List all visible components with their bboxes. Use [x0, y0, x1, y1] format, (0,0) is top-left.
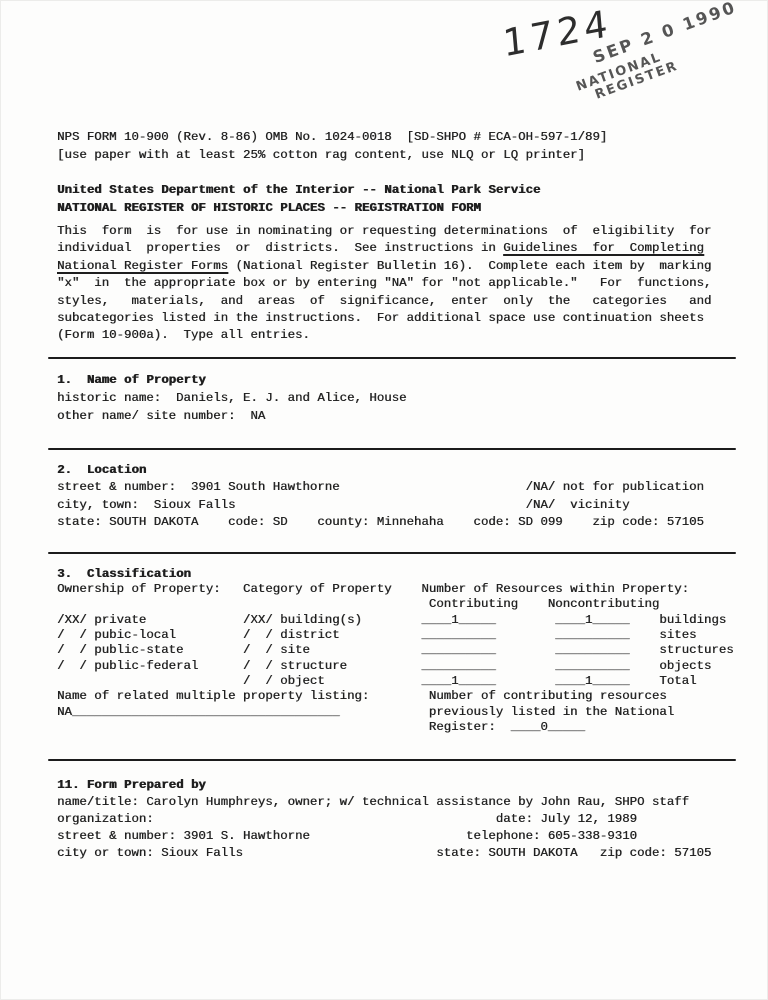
classification-row-public-state-site: / / public-state / / site __________ ___… — [57, 643, 734, 658]
agency-titles: United States Department of the Interior… — [57, 181, 540, 217]
section-divider — [48, 448, 736, 450]
intro-text-segment: (National Register Bulletin 16). Complet… — [228, 259, 711, 273]
preparer-name-line: name/title: Carolyn Humphreys, owner; w/… — [57, 794, 711, 811]
state-county-zip-line: state: SOUTH DAKOTA code: SD county: Min… — [57, 514, 704, 531]
intro-line-1: This form is for use in nominating or re… — [57, 223, 711, 240]
intro-paragraph: This form is for use in nominating or re… — [57, 223, 711, 345]
section-heading: 2. Location — [57, 462, 704, 479]
organization-date-line: organization: date: July 12, 1989 — [57, 811, 711, 828]
multiple-property-listing-label: Name of related multiple property listin… — [57, 689, 734, 704]
section-heading: 3. Classification — [57, 567, 191, 582]
street-number-line: street & number: 3901 South Hawthorne /N… — [57, 479, 704, 496]
intro-line-6: subcategories listed in the instructions… — [57, 310, 711, 327]
intro-text-segment: individual properties or districts. See … — [57, 241, 503, 255]
form-title: NATIONAL REGISTER OF HISTORIC PLACES -- … — [57, 199, 540, 217]
historic-name-line: historic name: Daniels, E. J. and Alice,… — [57, 389, 406, 407]
section-3-classification: Ownership of Property: Category of Prope… — [57, 582, 734, 735]
form-number-line: NPS FORM 10-900 (Rev. 8-86) OMB No. 1024… — [57, 129, 607, 147]
multiple-property-listing-value: NA____________________________________ p… — [57, 705, 734, 720]
section-3-heading-block: 3. Classification — [57, 567, 191, 582]
register-count-line: Register: ____0_____ — [57, 720, 734, 735]
section-divider — [48, 552, 736, 554]
underlined-publication-title: National Register Forms — [57, 259, 228, 273]
street-telephone-line: street & number: 3901 S. Hawthorne telep… — [57, 828, 711, 845]
section-divider — [48, 759, 736, 761]
classification-column-headers: Ownership of Property: Category of Prope… — [57, 582, 734, 597]
city-state-zip-line: city or town: Sioux Falls state: SOUTH D… — [57, 845, 711, 862]
intro-line-5: styles, materials, and areas of signific… — [57, 293, 711, 310]
section-1-name-of-property: 1. Name of Property historic name: Danie… — [57, 371, 406, 425]
intro-line-3: National Register Forms (National Regist… — [57, 258, 711, 275]
classification-row-private-buildings: /XX/ private /XX/ building(s) ____1_____… — [57, 613, 734, 628]
intro-line-7: (Form 10-900a). Type all entries. — [57, 327, 711, 344]
section-heading: 11. Form Prepared by — [57, 777, 711, 794]
other-name-line: other name/ site number: NA — [57, 407, 406, 425]
paper-instruction-line: [use paper with at least 25% cotton rag … — [57, 147, 607, 165]
classification-row-public-federal-structure: / / public-federal / / structure _______… — [57, 659, 734, 674]
section-heading: 1. Name of Property — [57, 371, 406, 389]
form-header: NPS FORM 10-900 (Rev. 8-86) OMB No. 1024… — [57, 129, 607, 164]
intro-line-4: "x" in the appropriate box or by enterin… — [57, 275, 711, 292]
classification-row-object-total: / / object ____1_____ ____1_____ Total — [57, 674, 734, 689]
city-town-line: city, town: Sioux Falls /NA/ vicinity — [57, 497, 704, 514]
classification-row-public-local-district: / / pubic-local / / district __________ … — [57, 628, 734, 643]
section-2-location: 2. Location street & number: 3901 South … — [57, 462, 704, 532]
intro-line-2: individual properties or districts. See … — [57, 240, 711, 257]
underlined-publication-title: Guidelines for Completing — [503, 241, 704, 255]
section-11-form-prepared-by: 11. Form Prepared by name/title: Carolyn… — [57, 777, 711, 862]
contributing-headers: Contributing Noncontributing — [57, 597, 734, 612]
section-divider — [48, 357, 736, 359]
agency-title: United States Department of the Interior… — [57, 181, 540, 199]
